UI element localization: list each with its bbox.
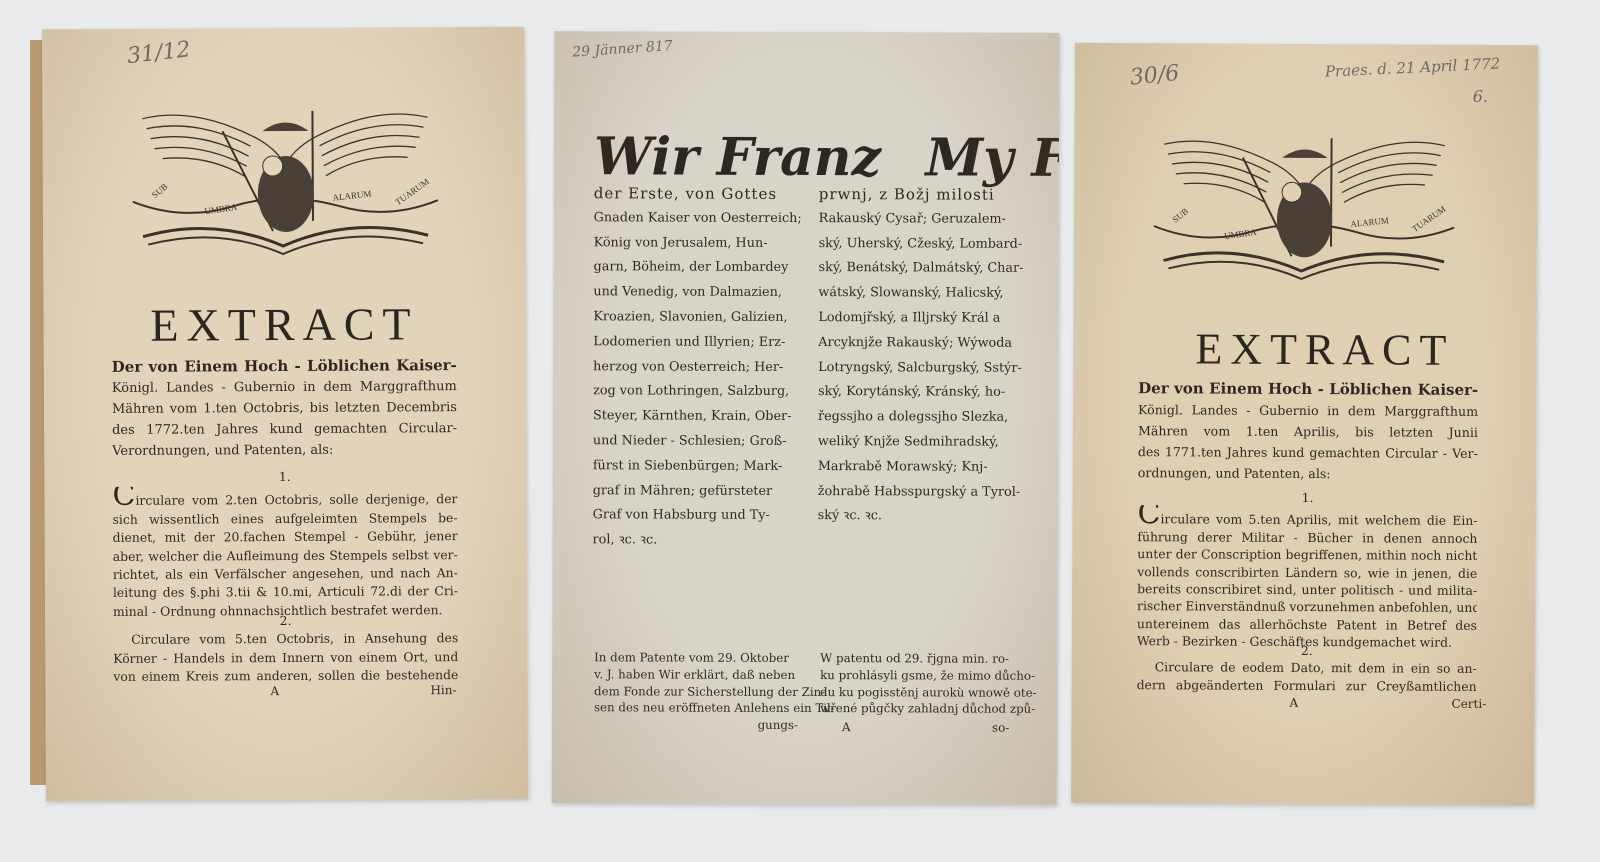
document-left: 31/12 SUB UMBRA ALARUM TUARUM xyxy=(42,27,528,802)
handwritten-note-left: 30/6 xyxy=(1129,61,1181,91)
section-2: 2. Circulare de eodem Dato, mit dem in e… xyxy=(1137,641,1477,695)
document-middle: 29 Jänner 817 Wir Franz My Frantissek de… xyxy=(552,31,1060,805)
document-heading: Der von Einem Hoch - Löblichen Kaiser- K… xyxy=(1138,378,1479,485)
document-title: EXTRACT xyxy=(1113,323,1536,376)
lower-czech-paragraph: W patentu od 29. řjgna min. ro- ku prohl… xyxy=(820,650,1035,718)
document-title: EXTRACT xyxy=(43,297,525,353)
decree-title: Wir Franz My Frantissek xyxy=(594,126,1014,188)
svg-text:UMBRA: UMBRA xyxy=(204,202,239,217)
title-german: Wir Franz xyxy=(594,138,881,184)
svg-text:ALARUM: ALARUM xyxy=(332,189,372,203)
imperial-eagle-emblem-icon: SUB UMBRA ALARUM TUARUM xyxy=(122,105,448,267)
document-heading: Der von Einem Hoch - Löblichen Kaiser- K… xyxy=(112,355,458,462)
catchword: Hin- xyxy=(430,683,456,697)
svg-text:SUB: SUB xyxy=(1170,206,1190,225)
signature-mark: A xyxy=(270,684,279,698)
handwritten-note: 31/12 xyxy=(126,37,192,69)
handwritten-page-number: 6. xyxy=(1473,87,1488,106)
catchword: Certi- xyxy=(1452,697,1487,711)
handwritten-note: 29 Jänner 817 xyxy=(572,38,673,61)
svg-text:TUARUM: TUARUM xyxy=(1410,204,1447,234)
signature-mark: A xyxy=(842,720,851,734)
svg-text:TUARUM: TUARUM xyxy=(393,176,431,207)
title-czech: My Frantissek xyxy=(925,139,1059,185)
svg-text:UMBRA: UMBRA xyxy=(1224,227,1258,241)
handwritten-note-right: Praes. d. 21 April 1772 xyxy=(1325,54,1501,80)
czech-column: prwnj, z Božj milosti Rakauský Cysař; Ge… xyxy=(818,182,1039,530)
german-column: der Erste, von Gottes Gnaden Kaiser von … xyxy=(593,181,809,554)
document-right: 30/6 Praes. d. 21 April 1772 6. SUB UMBR… xyxy=(1071,43,1538,805)
section-1: 1. Circulare vom 2.ten Octobris, solle d… xyxy=(112,467,458,621)
catchword: so- xyxy=(992,721,1009,735)
section-2: 2. Circulare vom 5.ten Octobris, in Anse… xyxy=(113,611,458,686)
signature-mark: A xyxy=(1290,696,1299,710)
svg-text:SUB: SUB xyxy=(150,181,170,200)
section-1: 1. Circulare vom 5.ten Aprilis, mit welc… xyxy=(1137,488,1478,651)
svg-text:ALARUM: ALARUM xyxy=(1350,215,1389,229)
imperial-eagle-emblem-icon: SUB UMBRA ALARUM TUARUM xyxy=(1144,131,1465,293)
lower-german-paragraph: In dem Patente vom 29. Oktober v. J. hab… xyxy=(594,649,806,734)
